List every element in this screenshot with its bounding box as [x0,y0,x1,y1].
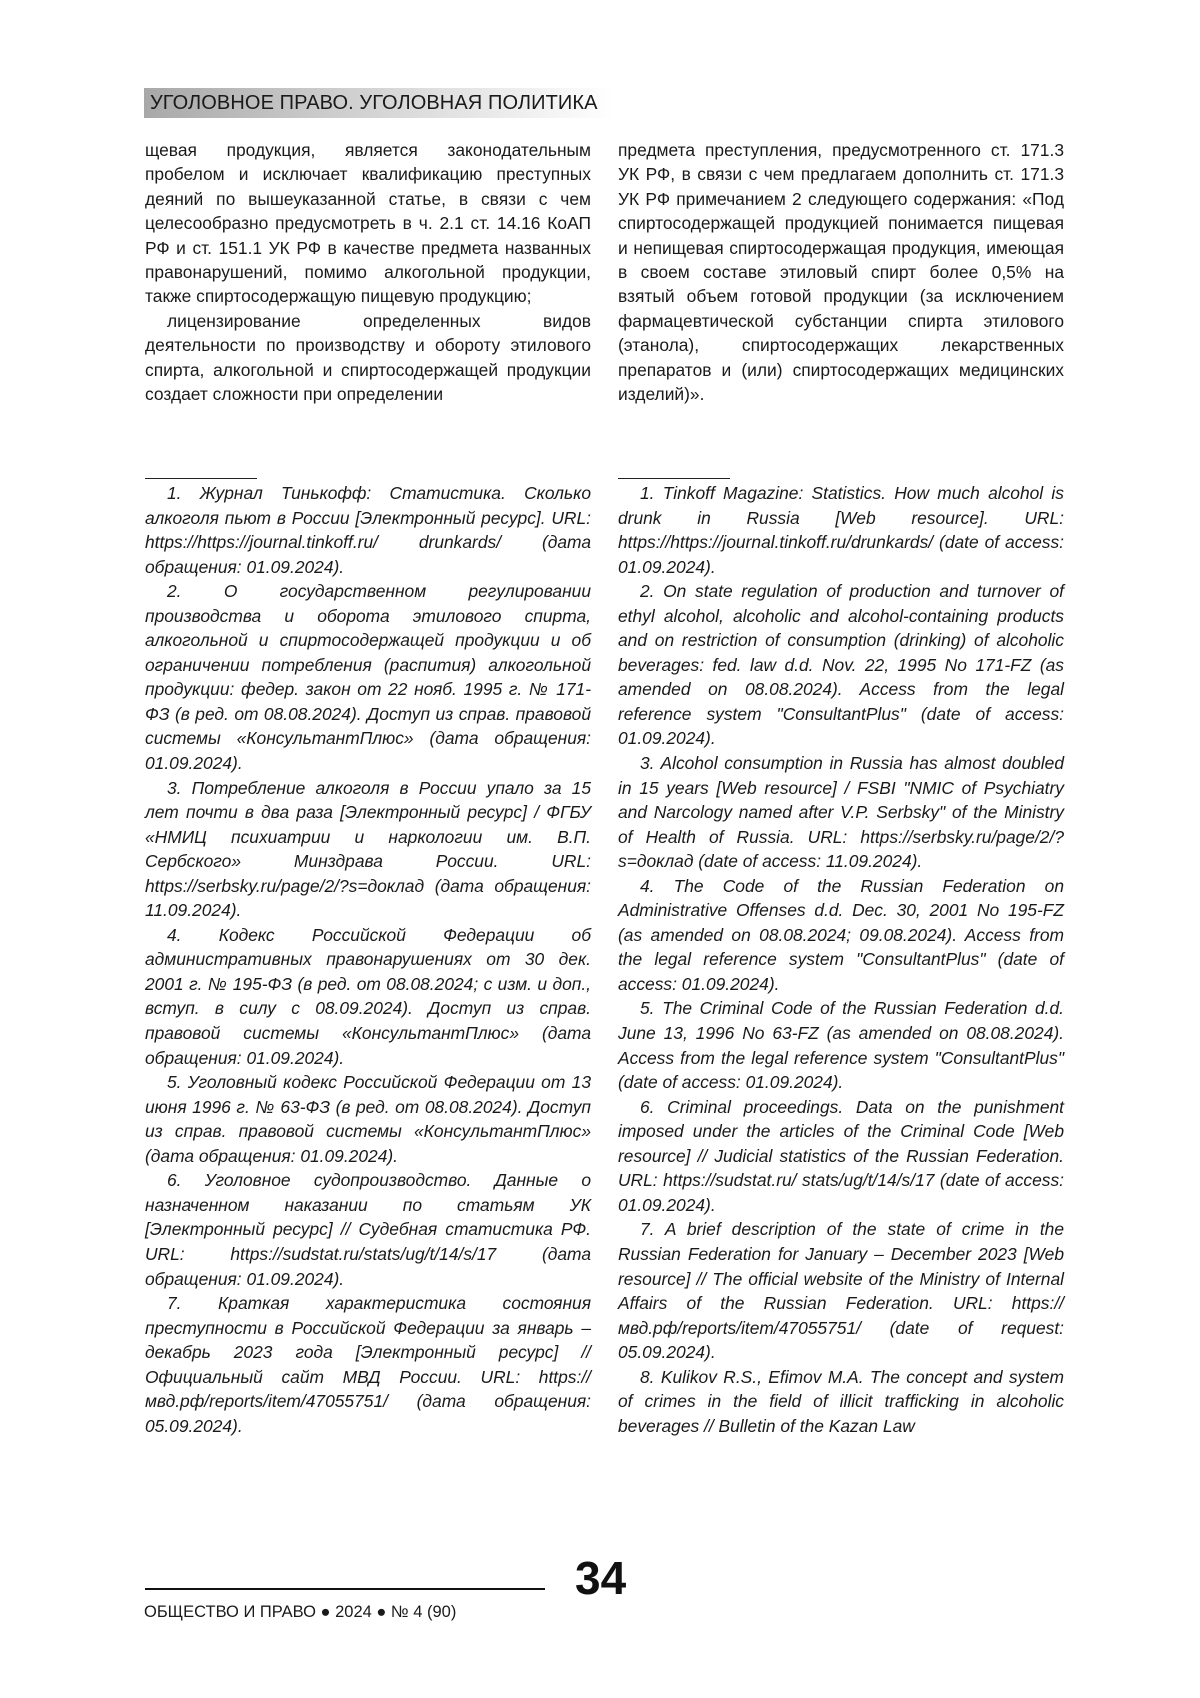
footnote-item: 3. Потребление алкоголя в России упало з… [145,776,591,923]
body-paragraph: предмета преступления, предусмотренного … [618,138,1064,406]
footnote-item: 2. On state regulation of production and… [618,579,1064,751]
section-title: УГОЛОВНОЕ ПРАВО. УГОЛОВНАЯ ПОЛИТИКА [150,90,598,116]
footnote-separator-ru [145,478,257,479]
footnote-item: 1. Журнал Тинькофф: Статистика. Сколько … [145,481,591,579]
footnote-item: 7. A brief description of the state of c… [618,1217,1064,1364]
footnote-item: 5. Уголовный кодекс Российской Федерации… [145,1070,591,1168]
page-number: 34 [575,1552,626,1604]
footnote-item: 8. Kulikov R.S., Efimov M.A. The concept… [618,1365,1064,1439]
footnote-item: 7. Краткая характеристика состояния прес… [145,1291,591,1438]
footnote-item: 4. The Code of the Russian Federation on… [618,874,1064,997]
body-right-column: предмета преступления, предусмотренного … [618,138,1064,406]
footnote-item: 2. О государственном регулировании произ… [145,579,591,775]
footnote-item: 1. Tinkoff Magazine: Statistics. How muc… [618,481,1064,579]
footnote-separator-en [618,478,730,479]
body-paragraph: лицензирование определенных видов деятел… [145,309,591,407]
footer-rule [145,1588,545,1590]
footnotes-ru: 1. Журнал Тинькофф: Статистика. Сколько … [145,481,591,1438]
footnote-item: 6. Уголовное судопроизводство. Данные о … [145,1168,591,1291]
body-left-column: щевая продукция, является законодательны… [145,138,591,406]
footnote-item: 5. The Criminal Code of the Russian Fede… [618,996,1064,1094]
footnotes-en: 1. Tinkoff Magazine: Statistics. How muc… [618,481,1064,1438]
footnote-item: 6. Criminal proceedings. Data on the pun… [618,1095,1064,1218]
body-paragraph: щевая продукция, является законодательны… [145,138,591,309]
footnote-item: 3. Alcohol consumption in Russia has alm… [618,751,1064,874]
footnote-item: 4. Кодекс Российской Федерации об админи… [145,923,591,1070]
journal-issue-line: ОБЩЕСТВО И ПРАВО ● 2024 ● № 4 (90) [144,1601,456,1623]
